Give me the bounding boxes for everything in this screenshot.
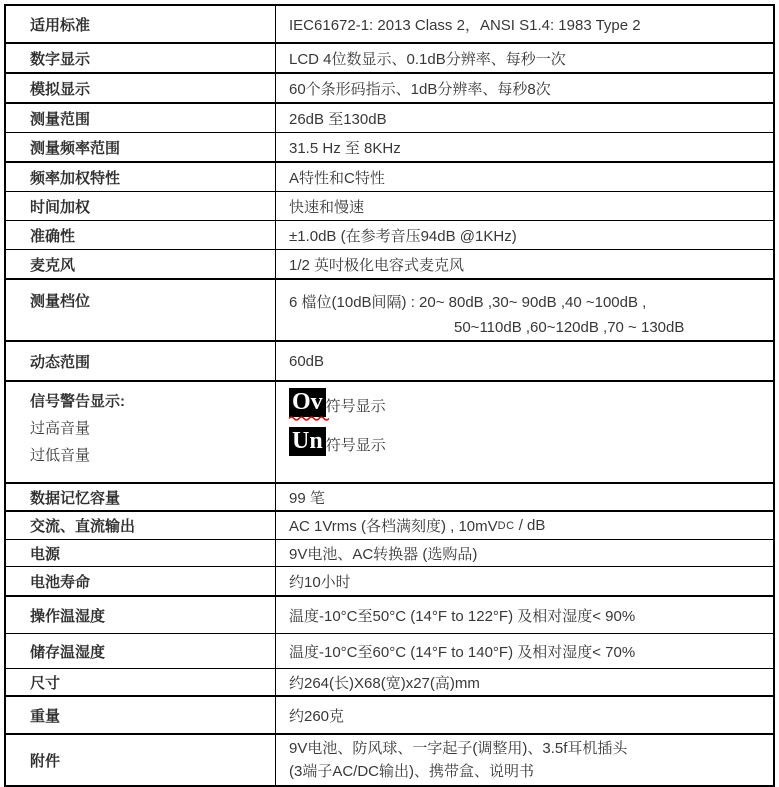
over-symbol-badge: Ov — [289, 388, 326, 417]
over-signal-indicator: Ov 符号显示 — [289, 388, 386, 417]
spec-value: 9V电池、AC转换器 (选购品) — [276, 540, 773, 566]
spellcheck-squiggle-icon — [289, 415, 329, 421]
table-row: 测量档位 6 檔位(10dB间隔) : 20~ 80dB ,30~ 90dB ,… — [6, 280, 773, 342]
spec-label: 测量频率范围 — [6, 133, 276, 161]
table-row: 频率加权特性 A特性和C特性 — [6, 163, 773, 192]
table-row: 准确性 ±1.0dB (在参考音压94dB @1KHz) — [6, 221, 773, 250]
table-row: 测量频率范围 31.5 Hz 至 8KHz — [6, 133, 773, 163]
table-row: 交流、直流输出 AC 1Vrms (各档满刻度) , 10mVDC / dB — [6, 512, 773, 540]
under-signal-indicator: Un 符号显示 — [289, 427, 386, 456]
table-row: 模拟显示 60个条形码指示、1dB分辨率、每秒8次 — [6, 74, 773, 104]
spec-value: AC 1Vrms (各档满刻度) , 10mVDC / dB — [276, 512, 773, 539]
table-row: 重量 约260克 — [6, 697, 773, 735]
spec-value: 约10小时 — [276, 567, 773, 595]
spec-value: ±1.0dB (在参考音压94dB @1KHz) — [276, 221, 773, 249]
spec-value-part: AC 1Vrms (各档满刻度) , 10mV — [289, 515, 498, 536]
spec-value: 快速和慢速 — [276, 192, 773, 220]
spec-value: 60dB — [276, 342, 773, 380]
table-row: 动态范围 60dB — [6, 342, 773, 382]
spec-label: 动态范围 — [6, 342, 276, 380]
spec-value: 26dB 至130dB — [276, 104, 773, 132]
spec-label: 电源 — [6, 540, 276, 566]
page: 适用标准 IEC61672-1: 2013 Class 2，ANSI S1.4:… — [0, 0, 779, 785]
table-row: 适用标准 IEC61672-1: 2013 Class 2，ANSI S1.4:… — [6, 6, 773, 44]
spec-value: 9V电池、防风球、一字起子(调整用)、3.5f耳机插头 (3端子AC/DC输出)… — [276, 735, 773, 785]
spec-label: 准确性 — [6, 221, 276, 249]
spec-label: 重量 — [6, 697, 276, 733]
spec-value-line: (3端子AC/DC输出)、携带盒、说明书 — [289, 760, 534, 783]
spec-value: 约260克 — [276, 697, 773, 733]
spec-label: 数字显示 — [6, 44, 276, 72]
under-symbol-text: Un — [289, 427, 326, 456]
spec-label-line: 信号警告显示: — [30, 388, 125, 415]
spec-label: 数据记忆容量 — [6, 484, 276, 510]
spec-value: 约264(长)X68(宽)x27(高)mm — [276, 669, 773, 695]
spec-label: 附件 — [6, 735, 276, 785]
spec-value: 60个条形码指示、1dB分辨率、每秒8次 — [276, 74, 773, 102]
spec-value-line: 50~110dB ,60~120dB ,70 ~ 130dB — [454, 315, 684, 340]
spec-value: 6 檔位(10dB间隔) : 20~ 80dB ,30~ 90dB ,40 ~1… — [276, 280, 773, 340]
table-row: 附件 9V电池、防风球、一字起子(调整用)、3.5f耳机插头 (3端子AC/DC… — [6, 735, 773, 785]
specification-table: 适用标准 IEC61672-1: 2013 Class 2，ANSI S1.4:… — [4, 4, 775, 787]
badge-caption: 符号显示 — [326, 437, 386, 456]
spec-value: Ov 符号显示 Un 符号显示 — [276, 382, 773, 482]
over-symbol-text: Ov — [289, 388, 326, 417]
table-row: 信号警告显示: 过高音量 过低音量 Ov 符号显示 Un — [6, 382, 773, 484]
spec-label: 时间加权 — [6, 192, 276, 220]
spec-label: 交流、直流输出 — [6, 512, 276, 539]
spec-label: 模拟显示 — [6, 74, 276, 102]
spec-value: 温度-10°C至60°C (14°F to 140°F) 及相对湿度< 70% — [276, 634, 773, 668]
spec-label: 储存温湿度 — [6, 634, 276, 668]
spec-label-line: 过高音量 — [30, 415, 90, 442]
table-row: 数据记忆容量 99 笔 — [6, 484, 773, 512]
spec-value-smallcaps: DC — [498, 520, 515, 532]
table-row: 电源 9V电池、AC转换器 (选购品) — [6, 540, 773, 567]
spec-value: 1/2 英吋极化电容式麦克风 — [276, 250, 773, 278]
spec-value: IEC61672-1: 2013 Class 2，ANSI S1.4: 1983… — [276, 6, 773, 42]
spec-value-line: 9V电池、防风球、一字起子(调整用)、3.5f耳机插头 — [289, 737, 627, 760]
spec-label: 尺寸 — [6, 669, 276, 695]
spec-label: 麦克风 — [6, 250, 276, 278]
table-row: 电池寿命 约10小时 — [6, 567, 773, 597]
table-row: 操作温湿度 温度-10°C至50°C (14°F to 122°F) 及相对湿度… — [6, 597, 773, 634]
table-row: 麦克风 1/2 英吋极化电容式麦克风 — [6, 250, 773, 280]
spec-value: LCD 4位数显示、0.1dB分辨率、每秒一次 — [276, 44, 773, 72]
spec-value: A特性和C特性 — [276, 163, 773, 191]
table-row: 储存温湿度 温度-10°C至60°C (14°F to 140°F) 及相对湿度… — [6, 634, 773, 669]
table-row: 测量范围 26dB 至130dB — [6, 104, 773, 133]
spec-label: 电池寿命 — [6, 567, 276, 595]
spec-label: 测量范围 — [6, 104, 276, 132]
spec-value: 31.5 Hz 至 8KHz — [276, 133, 773, 161]
table-row: 尺寸 约264(长)X68(宽)x27(高)mm — [6, 669, 773, 697]
spec-value-line: 6 檔位(10dB间隔) : 20~ 80dB ,30~ 90dB ,40 ~1… — [289, 290, 646, 315]
spec-label: 信号警告显示: 过高音量 过低音量 — [6, 382, 276, 482]
spec-label-line: 过低音量 — [30, 442, 90, 469]
table-row: 数字显示 LCD 4位数显示、0.1dB分辨率、每秒一次 — [6, 44, 773, 74]
under-symbol-badge: Un — [289, 427, 326, 456]
spec-label: 适用标准 — [6, 6, 276, 42]
spec-label: 测量档位 — [6, 280, 276, 340]
spec-label: 频率加权特性 — [6, 163, 276, 191]
table-row: 时间加权 快速和慢速 — [6, 192, 773, 221]
spec-value-part: / dB — [515, 517, 546, 534]
spec-value: 温度-10°C至50°C (14°F to 122°F) 及相对湿度< 90% — [276, 597, 773, 633]
spec-label: 操作温湿度 — [6, 597, 276, 633]
badge-caption: 符号显示 — [326, 398, 386, 417]
spec-value: 99 笔 — [276, 484, 773, 510]
